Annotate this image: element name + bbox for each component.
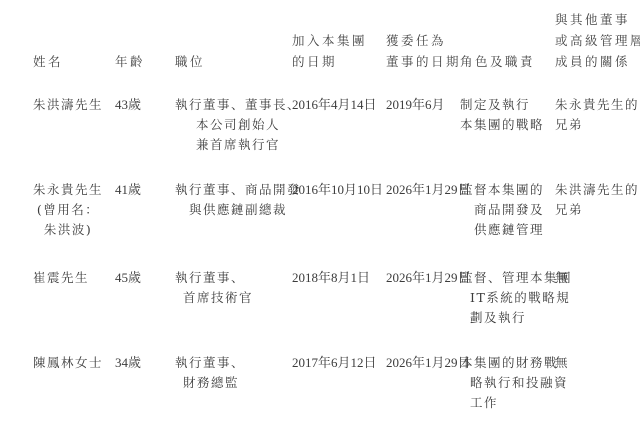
cell-appointment-date: 2019年6月 [386, 95, 445, 115]
cell-age: 41歲 [115, 180, 141, 200]
cell-roles: 監督本集團的 商品開發及 供應鏈管理 [460, 180, 544, 240]
header-position: 職位 [175, 51, 205, 72]
cell-relationship: 朱永貴先生的 兄弟 [555, 95, 639, 135]
cell-name: 崔震先生 [33, 268, 89, 288]
header-age: 年齡 [115, 51, 145, 72]
cell-join-date: 2017年6月12日 [292, 353, 377, 373]
cell-appointment-date: 2026年1月29日 [386, 268, 471, 288]
cell-roles: 本集團的財務戰 略執行和投融資 工作 [460, 353, 568, 413]
cell-join-date: 2016年10月10日 [292, 180, 383, 200]
cell-relationship: 朱洪濤先生的 兄弟 [555, 180, 639, 220]
cell-position: 執行董事、商品開發 與供應鏈副總裁 [175, 180, 301, 220]
cell-name: 陳鳳林女士 [33, 353, 103, 373]
cell-roles: 制定及執行 本集團的戰略 [460, 95, 544, 135]
cell-join-date: 2016年4月14日 [292, 95, 377, 115]
header-appointment-date: 獲委任為 董事的日期 [386, 30, 461, 72]
header-join-date: 加入本集團 的日期 [292, 30, 367, 72]
cell-age: 34歲 [115, 353, 141, 373]
cell-age: 43歲 [115, 95, 141, 115]
cell-age: 45歲 [115, 268, 141, 288]
cell-join-date: 2018年8月1日 [292, 268, 370, 288]
cell-position: 執行董事、董事長、 本公司創始人 兼首席執行官 [175, 95, 301, 155]
header-name: 姓名 [33, 51, 63, 72]
cell-appointment-date: 2026年1月29日 [386, 353, 471, 373]
cell-relationship: 無 [555, 268, 569, 288]
cell-relationship: 無 [555, 353, 569, 373]
header-relationship: 與其他董事 或高級管理層 成員的關係 [555, 9, 640, 72]
cell-name: 朱洪濤先生 [33, 95, 103, 115]
header-roles: 角色及職責 [460, 51, 535, 72]
cell-appointment-date: 2026年1月29日 [386, 180, 471, 200]
cell-position: 執行董事、 財務總監 [175, 353, 245, 393]
cell-name: 朱永貴先生 (曾用名： 朱洪波) [33, 180, 103, 240]
cell-position: 執行董事、 首席技術官 [175, 268, 253, 308]
